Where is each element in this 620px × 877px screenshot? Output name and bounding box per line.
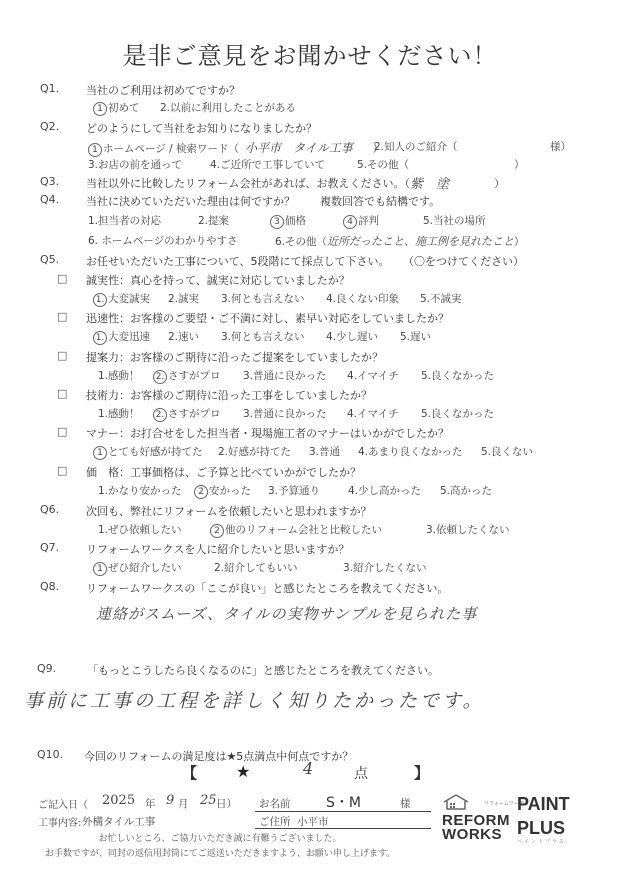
q5-price-option-4[interactable]: 4.少し高かった [348, 483, 421, 498]
page-title: 是非ご意見をお聞かせください！ [0, 36, 620, 71]
q1-text: 当社のご利用は初めてですか？ [86, 82, 240, 98]
q5-manners-option-4[interactable]: 4.あまり良くなかった [358, 444, 463, 459]
q4-option-other[interactable]: 6.その他（近所だったこと、施工例を見れたこと） [275, 233, 525, 249]
selected-circle-mark: 1. [93, 331, 107, 345]
q5-price-option-2[interactable]: 2安かった [194, 483, 251, 499]
q5-proposal-option-5[interactable]: 5.良くなかった [421, 368, 494, 383]
q1-number: Q1. [40, 82, 59, 95]
q5-proposal-option-4[interactable]: 4.イマイチ [347, 368, 399, 383]
q6-number: Q6. [40, 503, 59, 516]
q4-text: 当社に決めていただいた理由は何ですか？ [86, 193, 295, 209]
option-label: 大変誠実 [108, 293, 150, 305]
q5-proposal-option-2[interactable]: 2.さすがプロ [153, 368, 221, 384]
q5-price-option-5[interactable]: 5.高かった [440, 483, 492, 498]
q5-technical-option-5[interactable]: 5.良くなかった [421, 406, 494, 421]
q2-number: Q2. [40, 120, 59, 133]
name-underline [255, 811, 431, 812]
name-label: お名前 [259, 796, 291, 811]
thanks-message: お忙しいところ、ご協力いただき誠に有難うございました。 [0, 831, 440, 844]
paren-close: ） [514, 236, 525, 248]
q9-number: Q9. [37, 662, 56, 675]
q2-option-3[interactable]: 3.お店の前を通って [88, 157, 182, 172]
checkbox[interactable]: □ [57, 272, 67, 285]
q5-text: お任せいただいた工事について、5段階にて採点して下さい。 [86, 253, 390, 269]
selected-circle-mark: 4 [343, 215, 357, 229]
house-icon [442, 794, 470, 810]
q5-proposal-label: 提案力：お客様のご期待に沿ったご提案をしていましたか？ [86, 349, 383, 365]
q5-technical-option-1[interactable]: 1.感動！ [98, 406, 140, 421]
q5-sincerity-label: 誠実性：真心を持って、誠実に対応していましたか？ [86, 272, 350, 288]
q3-close: ） [494, 175, 505, 191]
date-month-unit: 月 [178, 796, 189, 811]
q6-option-3[interactable]: 3.依頼したくない [426, 522, 510, 537]
date-year-unit: 年 [145, 796, 156, 811]
q4-option-1[interactable]: 1.担当者の対応 [88, 213, 161, 228]
selected-circle-mark: 1 [93, 446, 107, 460]
option-label: さすがプロ [168, 408, 221, 420]
q6-text: 次回も、弊社にリフォームを依頼したいと思われますか？ [86, 503, 371, 519]
option-label: 価格 [285, 215, 306, 227]
reform-works-line2: WORKS [442, 828, 510, 842]
option-label: 6.その他（ [275, 236, 327, 248]
q3-handwritten-answer[interactable]: 紫 塗 [410, 173, 449, 192]
address-label: ご住所 [259, 814, 291, 829]
q5-manners-option-5[interactable]: 5.良くない [481, 444, 533, 459]
q7-text: リフォームワークスを人に紹介したいと思いますか？ [86, 541, 349, 557]
selected-circle-mark: 2 [210, 524, 224, 538]
q5-manners-option-1[interactable]: 1とても好感が持てた [93, 444, 203, 460]
star-icon: ★ [236, 762, 250, 781]
name-suffix: 様 [400, 796, 411, 811]
q1-option-2[interactable]: 2.以前に利用したことがある [160, 100, 296, 115]
date-day[interactable]: 25 [200, 793, 217, 808]
selected-circle-mark: 1 [93, 562, 107, 576]
q10-bracket-close: 】 [414, 762, 429, 783]
q7-number: Q7. [40, 541, 59, 554]
q5-price-option-1[interactable]: 1.かなり安かった [98, 483, 182, 498]
selected-circle-mark: 2 [194, 485, 208, 499]
q3-number: Q3. [40, 175, 59, 188]
paint-plus-kana: ペイントプラス [517, 838, 570, 845]
address-underline [255, 828, 431, 829]
q5-number: Q5. [40, 253, 59, 266]
checkbox[interactable]: □ [57, 349, 67, 362]
q5-manners-option-2[interactable]: 2.好感が持てた [218, 444, 291, 459]
work-label: 工事内容: [38, 814, 81, 829]
q8-text: リフォームワークスの「ここが良い」と感じたところを教えてください。 [86, 580, 448, 596]
q5-technical-label: 技術力：お客様のご期待に沿った工事をしていましたか？ [86, 387, 372, 403]
q8-handwritten-answer[interactable]: 連絡がスムーズ、タイルの実物サンプルを見られた事 [96, 603, 477, 624]
option-label: 初めて [108, 102, 140, 114]
paint-plus-line1: PAINT [517, 794, 570, 814]
q5-technical-option-3[interactable]: 3.普通に良かった [243, 406, 327, 421]
q5-price-option-3[interactable]: 3.予算通り [268, 483, 320, 498]
date-label: ご記入日（ [38, 796, 88, 811]
q5-speed-option-4[interactable]: 4.少し遅い [326, 329, 378, 344]
selected-circle-mark: 2. [153, 370, 167, 384]
q7-option-2[interactable]: 2.紹介してもいい [214, 560, 298, 575]
q10-number: Q10. [37, 748, 63, 761]
q5-technical-option-4[interactable]: 4.イマイチ [347, 406, 399, 421]
selected-circle-mark: 1 [93, 102, 107, 116]
q5-proposal-option-1[interactable]: 1.感動！ [98, 368, 140, 383]
date-year[interactable]: 2025 [102, 793, 135, 808]
option-label: とても好感が持てた [108, 446, 203, 458]
q2-option-2[interactable]: 2.知人のご紹介（ [374, 139, 458, 154]
q8-number: Q8. [40, 580, 59, 593]
date-month[interactable]: 9 [166, 793, 174, 808]
q2-text: どのようにして当社をお知りになりましたか？ [86, 120, 317, 136]
paint-plus-logo: PAINT PLUS ペイントプラス [517, 794, 570, 845]
q5-speed-option-5[interactable]: 5.遅い [400, 329, 431, 344]
selected-circle-mark: 1. [93, 293, 107, 307]
q5-speed-option-2[interactable]: 2.速い [168, 329, 199, 344]
q10-bracket-open: 【 [182, 762, 197, 783]
q6-option-2[interactable]: 2他のリフォーム会社と比較したい [210, 522, 382, 538]
handwritten-search-word: 小平市 タイル工事 [245, 141, 353, 155]
q2-option-4[interactable]: 4.ご近所で工事していて [210, 157, 325, 172]
q4-option-4[interactable]: 4評判 [343, 213, 379, 229]
q9-handwritten-answer[interactable]: 事前に工事の工程を詳しく知りたかったです。 [24, 686, 484, 713]
q5-technical-option-2[interactable]: 2.さすがプロ [153, 406, 221, 422]
reform-works-logo: リフォームワークス REFORM WORKS [442, 794, 510, 842]
q5-manners-label: マナー：お打合せをした担当者・現場施工者のマナーはいかがでしたか？ [86, 425, 449, 441]
q9-text: 「もっとこうしたら良くなるのに」と感じたところを教えてください。 [87, 662, 439, 678]
handwritten-other-reason: 近所だったこと、施工例を見れたこと [327, 235, 514, 248]
q10-score[interactable]: 4 [303, 759, 313, 778]
q7-option-1[interactable]: 1ぜひ紹介したい [93, 560, 182, 576]
q4-option-3[interactable]: 3価格 [270, 213, 306, 229]
option-label: さすがプロ [168, 370, 221, 382]
selected-circle-mark: 3 [270, 215, 284, 229]
q5-sincerity-option-5[interactable]: 5.不誠実 [420, 291, 462, 306]
selected-circle-mark: 2. [153, 408, 167, 422]
q4-option-2[interactable]: 2.提案 [198, 213, 229, 228]
q5-speed-option-1[interactable]: 1.大変迅速 [93, 329, 150, 345]
address-value[interactable]: 小平市 [297, 814, 329, 829]
option-label: ぜひ紹介したい [108, 562, 182, 574]
q4-note: 複数回答でも結構です。 [320, 193, 440, 209]
q5-speed-label: 迅速性：お客様のご要望・ご不満に対し、素早い対応をしていましたか？ [86, 310, 449, 326]
q5-speed-option-3[interactable]: 3.何とも言えない [221, 329, 305, 344]
q7-option-3[interactable]: 3.紹介したくない [343, 560, 427, 575]
checkbox[interactable]: □ [57, 425, 67, 438]
paint-plus-line2: PLUS [517, 818, 570, 838]
option-label: 他のリフォーム会社と比較したい [225, 524, 382, 536]
return-request-message: お手数ですが、同封の返信用封筒にてご返送いただきますよう、お願い申し上げます。 [0, 846, 440, 859]
option-label: 評判 [358, 215, 379, 227]
q6-option-1[interactable]: 1.ぜひ依頼したい [98, 522, 182, 537]
q2-option-2-suffix: 様） [550, 139, 571, 154]
checkbox[interactable]: □ [57, 387, 67, 400]
q1-option-1[interactable]: 1初めて [93, 100, 140, 116]
q5-manners-option-3[interactable]: 3.普通 [309, 444, 340, 459]
q5-proposal-option-3[interactable]: 3.普通に良かった [243, 368, 327, 383]
q4-option-6[interactable]: 6. ホームページのわかりやすさ [88, 233, 238, 248]
date-day-unit: 日） [216, 796, 237, 811]
q2-option-1[interactable]: 1ホームページ / 検索ワード（小平市 タイル工事） [88, 139, 383, 157]
q5-sincerity-option-4[interactable]: 4.良くない印象 [326, 291, 399, 306]
option-label: 大変迅速 [108, 331, 150, 343]
checkbox[interactable]: □ [57, 310, 67, 323]
checkbox[interactable]: □ [57, 464, 67, 477]
q2-option-5[interactable]: 5.その他（ [357, 157, 409, 172]
q2-option-5-close: ） [514, 157, 525, 172]
q5-sincerity-option-2[interactable]: 2.誠実 [168, 291, 199, 306]
q5-price-label: 価 格：工事価格は、ご予算と比べていかがでしたか？ [86, 464, 361, 480]
name-value[interactable]: S・M [326, 792, 361, 812]
q4-option-5[interactable]: 5.当社の場所 [423, 213, 486, 228]
work-value: 外構タイル工事 [82, 814, 155, 829]
q5-sincerity-option-3[interactable]: 3.何とも言えない [221, 291, 305, 306]
selected-circle-mark: 1 [88, 143, 102, 157]
q5-sincerity-option-1[interactable]: 1.大変誠実 [93, 291, 150, 307]
q5-note: （〇をつけてください） [403, 253, 524, 269]
q4-number: Q4. [40, 193, 59, 206]
option-label: ホームページ / 検索ワード（ [103, 143, 239, 155]
option-label: 安かった [209, 485, 251, 497]
q10-unit: 点 [354, 763, 368, 783]
q3-text: 当社以外に比較したリフォーム会社があれば、お教えください。（ [86, 175, 410, 191]
